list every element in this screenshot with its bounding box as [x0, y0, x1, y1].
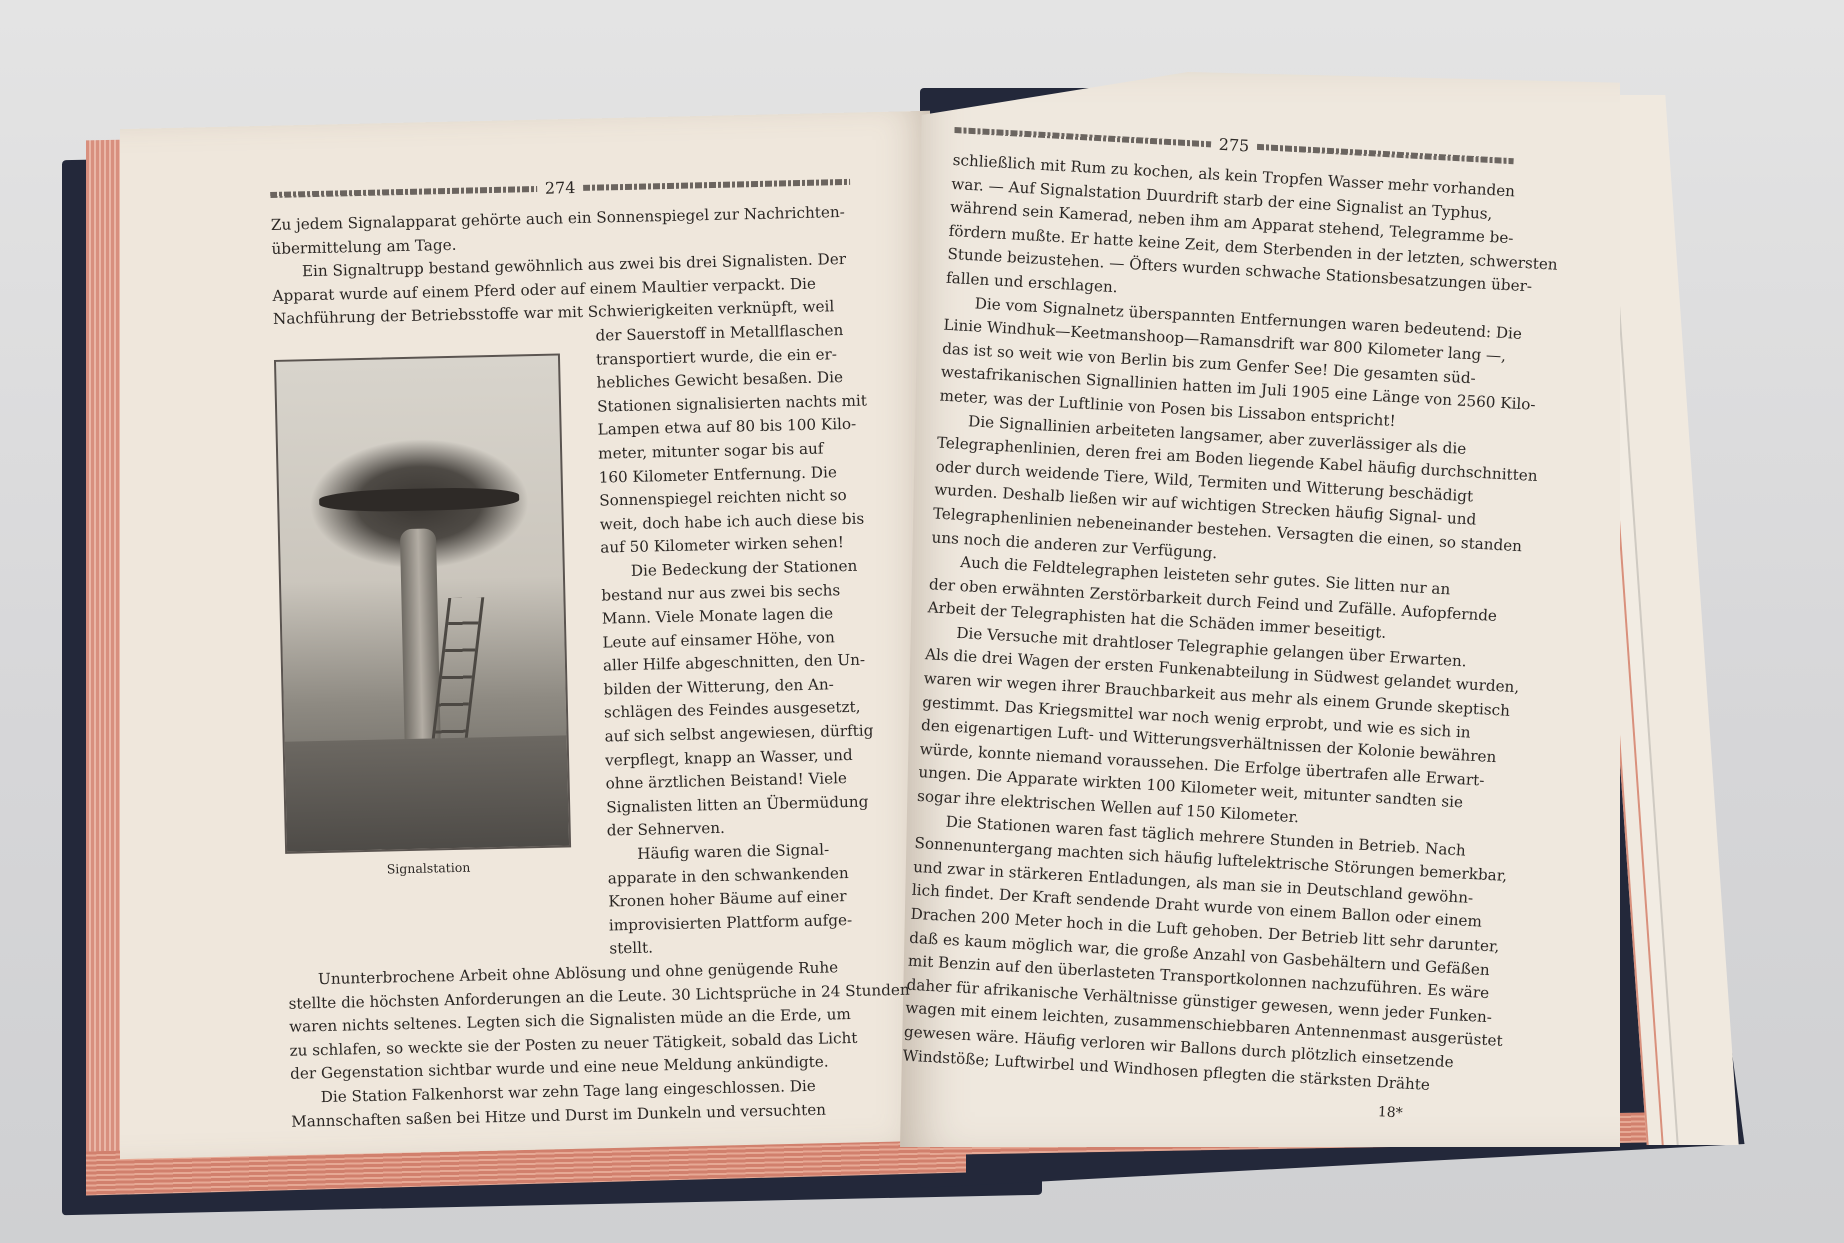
- side-column: der Sauerstoff in Metallflaschen transpo…: [595, 319, 879, 962]
- ground: [285, 735, 569, 851]
- page-number: 275: [1218, 135, 1250, 156]
- figure-caption: Signalstation: [285, 857, 571, 878]
- page-number: 274: [545, 178, 576, 198]
- left-page-content: 274 Zu jedem Signalapparat gehörte auch …: [270, 172, 871, 1134]
- figure: Signalstation: [274, 353, 574, 964]
- ornament-rule: [270, 185, 537, 197]
- photo-signal-station: [274, 353, 571, 853]
- ornament-rule: [583, 178, 850, 190]
- right-page-content: 275 schließlich mit Rum zu kochen, als k…: [901, 120, 1515, 1125]
